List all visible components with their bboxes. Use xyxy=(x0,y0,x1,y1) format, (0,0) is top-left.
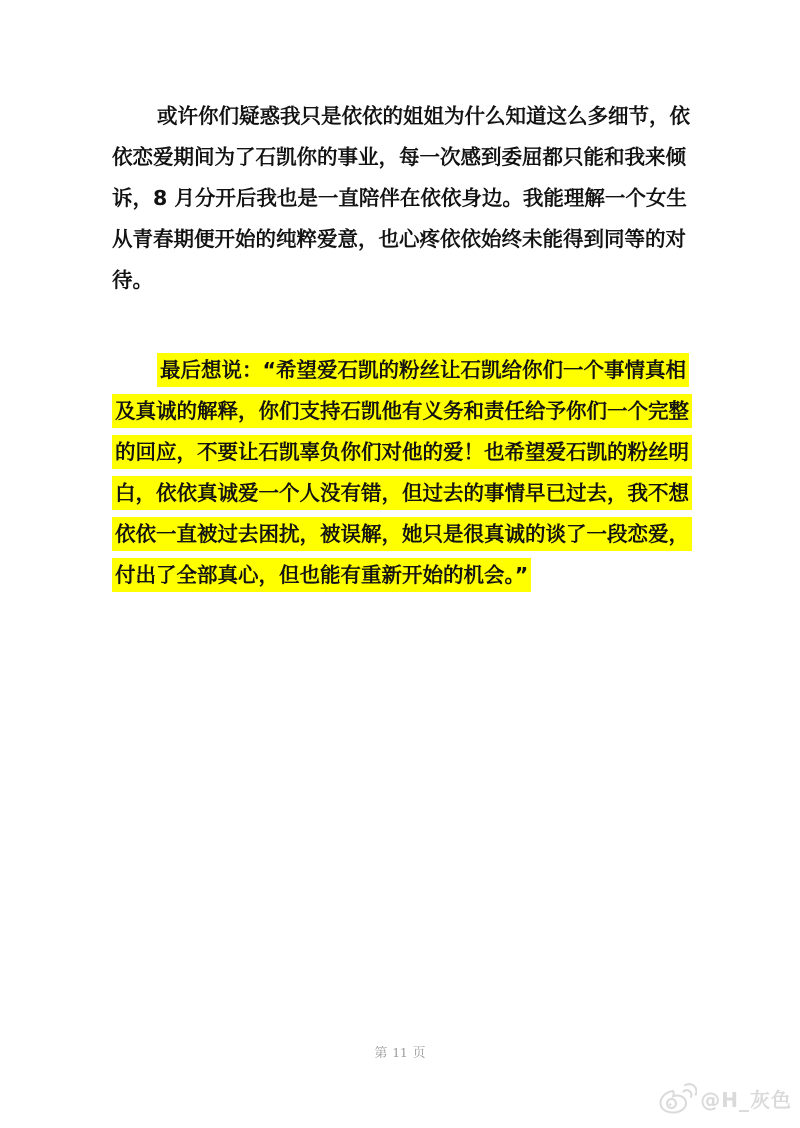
paragraph-line: 待。 xyxy=(112,260,688,301)
highlighted-line: 白，依依真诚爱一个人没有错，但过去的事情早已过去，我不想 xyxy=(112,473,688,514)
highlighted-line: 依依一直被过去困扰，被误解，她只是很真诚的谈了一段恋爱， xyxy=(112,514,688,555)
highlighted-line: 的回应，不要让石凯辜负你们对他的爱！也希望爱石凯的粉丝明 xyxy=(112,432,688,473)
weibo-logo-icon xyxy=(659,1082,697,1114)
highlight-mark: 白，依依真诚爱一个人没有错，但过去的事情早已过去，我不想 xyxy=(112,476,692,510)
paragraph-line: 或许你们疑惑我只是依依的姐姐为什么知道这么多细节，依 xyxy=(112,96,688,137)
page-footer-suffix: 页 xyxy=(413,1046,426,1061)
paragraph-highlighted: 最后想说：“希望爱石凯的粉丝让石凯给你们一个事情真相 及真诚的解释，你们支持石凯… xyxy=(112,350,688,596)
page-footer: 第11页 xyxy=(0,1042,800,1061)
paragraph-line: 从青春期便开始的纯粹爱意，也心疼依依始终未能得到同等的对 xyxy=(112,219,688,260)
paragraph-line: 诉，8 月分开后我也是一直陪伴在依依身边。我能理解一个女生 xyxy=(112,178,688,219)
document-page: 或许你们疑惑我只是依依的姐姐为什么知道这么多细节，依 依恋爱期间为了石凯你的事业… xyxy=(0,0,800,1128)
highlight-mark: 的回应，不要让石凯辜负你们对他的爱！也希望爱石凯的粉丝明 xyxy=(112,435,692,469)
weibo-watermark: @H_灰色 xyxy=(659,1082,792,1114)
highlighted-line: 最后想说：“希望爱石凯的粉丝让石凯给你们一个事情真相 xyxy=(112,350,688,391)
page-footer-prefix: 第 xyxy=(374,1046,387,1061)
paragraph-opening: 或许你们疑惑我只是依依的姐姐为什么知道这么多细节，依 依恋爱期间为了石凯你的事业… xyxy=(112,96,688,301)
page-number: 11 xyxy=(392,1046,407,1060)
highlight-mark: 最后想说：“希望爱石凯的粉丝让石凯给你们一个事情真相 xyxy=(157,353,689,387)
document-page-body: { "page": { "background_color": "#ffffff… xyxy=(0,0,800,1128)
highlight-mark: 付出了全部真心，但也能有重新开始的机会。” xyxy=(112,558,531,592)
highlighted-line: 及真诚的解释，你们支持石凯他有义务和责任给予你们一个完整 xyxy=(112,391,688,432)
highlight-mark: 及真诚的解释，你们支持石凯他有义务和责任给予你们一个完整 xyxy=(112,394,692,428)
watermark-text: @H_灰色 xyxy=(700,1084,792,1113)
paragraph-line: 依恋爱期间为了石凯你的事业，每一次感到委屈都只能和我来倾 xyxy=(112,137,688,178)
highlighted-line: 付出了全部真心，但也能有重新开始的机会。” xyxy=(112,555,688,596)
highlight-mark: 依依一直被过去困扰，被误解，她只是很真诚的谈了一段恋爱， xyxy=(112,517,692,551)
